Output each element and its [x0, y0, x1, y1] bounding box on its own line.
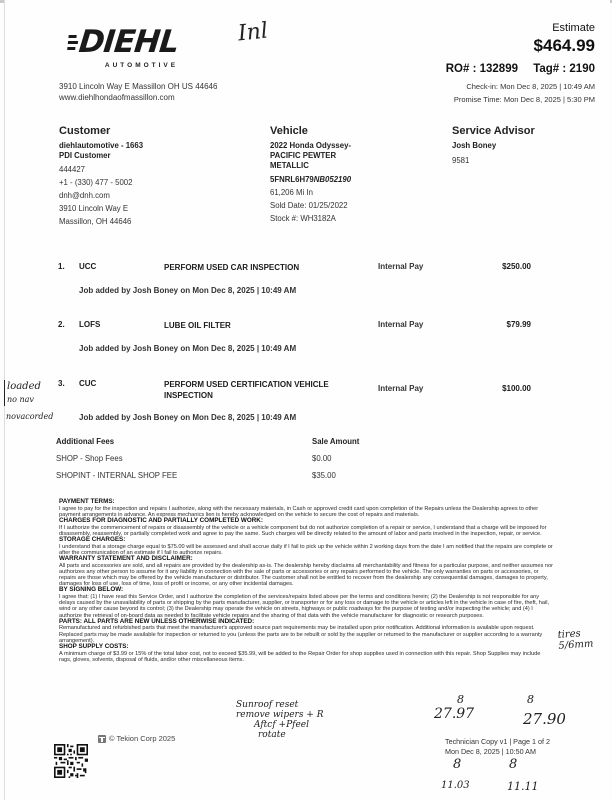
job-price: $79.99 [507, 320, 531, 329]
additional-fees: Additional Fees Sale Amount SHOP - Shop … [56, 437, 376, 488]
fee-label: SHOPINT - INTERNAL SHOP FEE [56, 471, 177, 480]
handwritten-service-notes: Sunroof reset remove wipers + R Aftcf +P… [236, 700, 323, 740]
terms-body: A minimum charge of $3.99 or 15% of the … [59, 651, 554, 663]
job-number: 2. [58, 320, 65, 329]
fee-amount: $35.00 [312, 471, 336, 480]
side-note-line: loaded [7, 380, 41, 393]
fee-row: SHOPINT - INTERNAL SHOP FEE $35.00 [56, 471, 376, 488]
customer-street: 3910 Lincoln Way E [59, 202, 239, 215]
terms-body: I agree that: (1) I have read this Servi… [59, 594, 554, 619]
copyright-text: © Tekion Corp 2025 [109, 734, 175, 743]
fee-row: SHOP - Shop Fees $0.00 [56, 454, 376, 471]
vin-suffix: NB052190 [314, 175, 351, 184]
tread-value: 11.03 [441, 780, 470, 791]
checkin-time: Check-in: Mon Dec 8, 2025 | 10:49 AM [454, 80, 595, 93]
qr-code [54, 744, 88, 778]
terms-body: If I authorize the commencement of repai… [59, 525, 554, 537]
tread-mark: 8 [527, 693, 534, 706]
service-note-line: remove wipers + R [236, 710, 323, 720]
terms-heading: BY SIGNING BELOW: [59, 587, 554, 594]
advisor-name: Josh Boney [452, 141, 592, 151]
dealer-address: 3910 Lincoln Way E Massillon OH US 44646… [59, 81, 217, 103]
handwritten-initials: Inl [237, 19, 269, 47]
job-row: 3. CUC PERFORM USED CERTIFICATION VEHICL… [58, 379, 593, 429]
vehicle-model-3: METALLIC [270, 161, 420, 171]
customer-section: Customer diehlautomotive - 1663 PDI Cust… [59, 125, 239, 228]
customer-name: diehlautomotive - 1663 [59, 141, 239, 151]
ro-number: RO# : 132899 [446, 63, 518, 75]
service-note-line: rotate [236, 730, 323, 740]
promise-time: Promise Time: Mon Dec 8, 2025 | 5:30 PM [454, 93, 595, 106]
job-code: CUC [79, 379, 96, 388]
fees-header-amount: Sale Amount [312, 437, 359, 446]
tread-value: 27.97 [434, 706, 474, 722]
job-pay-type: Internal Pay [378, 384, 423, 393]
ro-tag-line: RO# : 132899 Tag# : 2190 [446, 63, 595, 75]
tread-mark: 8 [509, 757, 517, 772]
job-price: $100.00 [502, 384, 531, 393]
job-added-note: Job added by Josh Boney on Mon Dec 8, 20… [79, 286, 296, 295]
advisor-section: Service Advisor Josh Boney 9581 [452, 125, 592, 167]
job-added-note: Job added by Josh Boney on Mon Dec 8, 20… [79, 413, 296, 422]
vehicle-vin: 5FNRL6H79NB052190 [270, 173, 420, 186]
copy-info: Technician Copy v1 | Page 1 of 2 [445, 737, 550, 747]
terms-body: All parts and accessories are sold, and … [59, 563, 554, 588]
vehicle-mileage: 61,206 Mi In [270, 186, 420, 199]
job-price: $250.00 [502, 262, 531, 271]
job-row: 2. LOFS LUBE OIL FILTER Internal Pay $79… [58, 320, 593, 360]
printed-time: Mon Dec 8, 2025 | 10:50 AM [445, 747, 550, 757]
vehicle-sold-date: Sold Date: 01/25/2022 [270, 199, 420, 212]
brand-name: DIEHL [77, 24, 180, 60]
fees-header: Additional Fees Sale Amount [56, 437, 376, 454]
vehicle-model-1: 2022 Honda Odyssey- [270, 141, 420, 151]
job-pay-type: Internal Pay [378, 262, 423, 271]
terms-heading: WARRANTY STATEMENT AND DISCLAIMER: [59, 556, 554, 563]
print-info: Technician Copy v1 | Page 1 of 2 Mon Dec… [445, 737, 550, 757]
terms-heading: PARTS: ALL PARTS ARE NEW UNLESS OTHERWIS… [59, 619, 554, 626]
tread-mark: 8 [457, 693, 464, 706]
advisor-id: 9581 [452, 154, 592, 167]
fee-amount: $0.00 [312, 454, 332, 463]
customer-type: PDI Customer [59, 151, 239, 161]
job-description: PERFORM USED CERTIFICATION VEHICLE INSPE… [164, 379, 354, 401]
service-note-line: Sunroof reset [236, 700, 323, 710]
job-added-note: Job added by Josh Boney on Mon Dec 8, 20… [79, 344, 296, 353]
estimate-block: Estimate $464.99 [534, 22, 595, 56]
vehicle-section: Vehicle 2022 Honda Odyssey- PACIFIC PEWT… [270, 125, 420, 225]
terms-heading: STORAGE CHARGES: [59, 537, 554, 544]
vehicle-model-2: PACIFIC PEWTER [270, 151, 420, 161]
terms-heading: CHARGES FOR DIAGNOSTIC AND PARTIALLY COM… [59, 518, 554, 525]
estimate-amount: $464.99 [534, 36, 595, 56]
terms-body: Remanufactured and refurbished parts tha… [59, 625, 554, 644]
job-number: 1. [58, 262, 65, 271]
customer-email: dnh@dnh.com [59, 189, 239, 202]
vin-prefix: 5FNRL6H79 [270, 175, 314, 184]
customer-title: Customer [59, 125, 239, 137]
speed-lines-icon [67, 35, 79, 50]
job-row: 1. UCC PERFORM USED CAR INSPECTION Inter… [58, 262, 593, 302]
tread-value: 11.11 [507, 780, 539, 793]
advisor-title: Service Advisor [452, 125, 592, 137]
fees-header-label: Additional Fees [56, 437, 114, 446]
customer-phone: +1 - (330) 477 - 5002 [59, 176, 239, 189]
job-description: PERFORM USED CAR INSPECTION [164, 262, 354, 273]
service-note-line: Aftcf +Pfeel [236, 720, 323, 730]
dealer-website: www.diehlhondaofmassillon.com [59, 92, 217, 103]
tread-mark: 8 [453, 757, 461, 772]
job-description: LUBE OIL FILTER [164, 320, 354, 331]
vehicle-title: Vehicle [270, 125, 420, 137]
logo-wordmark: DIEHL [66, 24, 195, 60]
terms-heading: SHOP SUPPLY COSTS: [59, 644, 554, 651]
vehicle-stock: Stock #: WH3182A [270, 212, 420, 225]
tag-number: Tag# : 2190 [533, 63, 595, 75]
job-code: LOFS [79, 320, 100, 329]
tekion-logo-icon [98, 735, 106, 743]
job-code: UCC [79, 262, 96, 271]
side-note-line: no nav [7, 393, 41, 406]
tread-value: 27.90 [523, 710, 566, 728]
customer-city: Massillon, OH 44646 [59, 215, 239, 228]
estimate-label: Estimate [534, 22, 595, 34]
time-info: Check-in: Mon Dec 8, 2025 | 10:49 AM Pro… [454, 80, 595, 106]
fee-label: SHOP - Shop Fees [56, 454, 123, 463]
brand-subtitle: AUTOMOTIVE [68, 62, 193, 69]
handwritten-tire-note: tires 5/6mm [557, 626, 612, 652]
customer-id: 444427 [59, 163, 239, 176]
terms-heading: PAYMENT TERMS: [59, 499, 554, 506]
job-number: 3. [58, 379, 65, 388]
job-pay-type: Internal Pay [378, 320, 423, 329]
dealer-street: 3910 Lincoln Way E Massillon OH US 44646 [59, 81, 217, 92]
terms-and-conditions: PAYMENT TERMS: I agree to pay for the in… [59, 499, 554, 663]
side-note-line: novacorded [6, 412, 53, 421]
handwritten-side-note: loaded no nav [4, 380, 41, 406]
dealer-logo: DIEHL AUTOMOTIVE [68, 24, 193, 69]
tekion-credit: © Tekion Corp 2025 [98, 734, 175, 743]
